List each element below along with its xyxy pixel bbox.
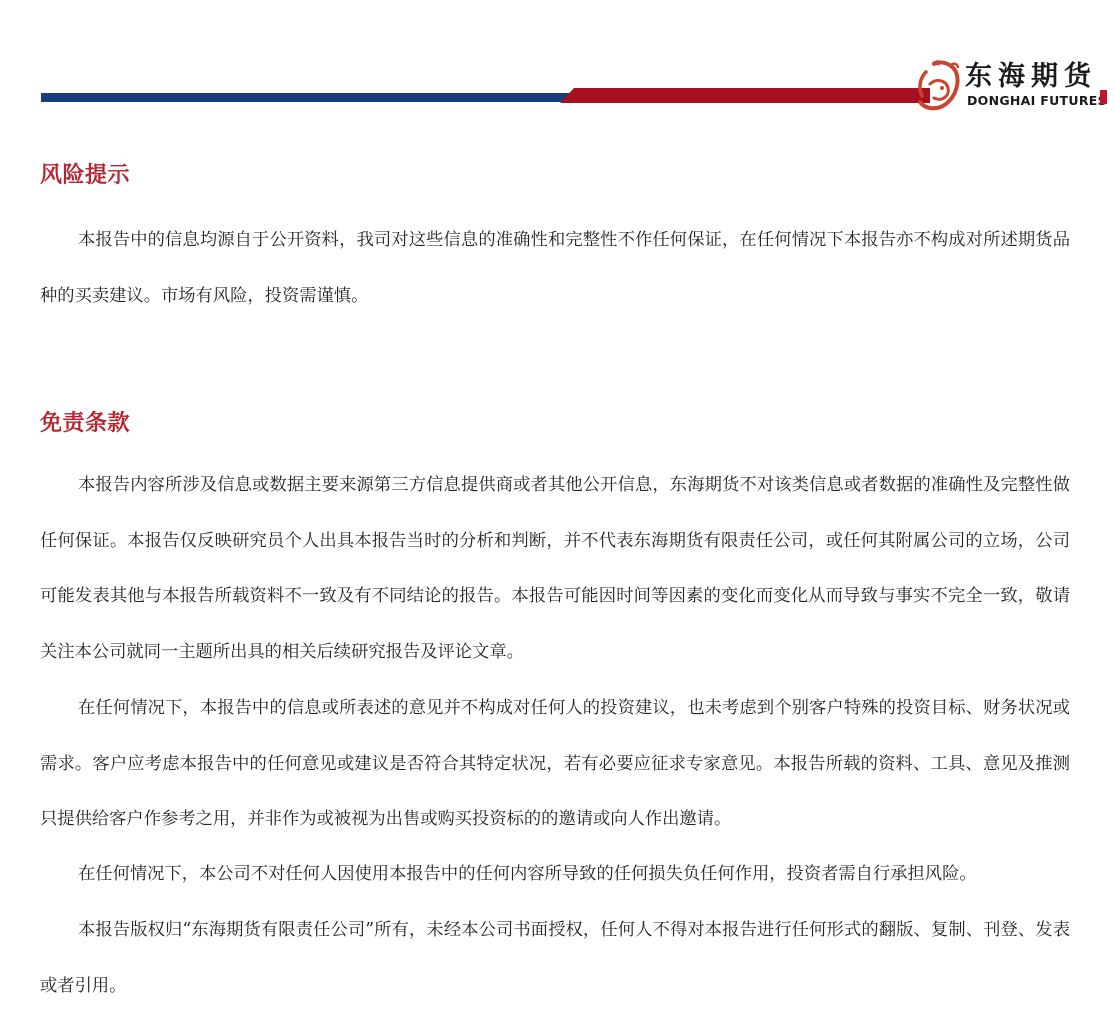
header-red-bar	[560, 88, 930, 103]
company-logo: 东海期货 DONGHAI FUTURES	[912, 58, 1112, 114]
dragon-logo-icon	[912, 58, 962, 114]
header-blue-bar	[41, 93, 581, 102]
logo-red-square	[1100, 90, 1107, 104]
section-title-disclaimer: 免责条款	[40, 406, 130, 437]
page-header: 东海期货 DONGHAI FUTURES	[0, 0, 1115, 120]
section-title-risk-warning: 风险提示	[40, 158, 130, 189]
disclaimer-paragraph-2: 在任何情况下，本报告中的信息或所表述的意见并不构成对任何人的投资建议，也未考虑到…	[40, 681, 1070, 848]
logo-chinese-name: 东海期货	[965, 62, 1097, 92]
logo-english-name: DONGHAI FUTURES	[967, 94, 1107, 108]
disclaimer-paragraph-3: 在任何情况下，本公司不对任何人因使用本报告中的任何内容所导致的任何损失负任何作用…	[40, 847, 1070, 903]
disclaimer-paragraph-1: 本报告内容所涉及信息或数据主要来源第三方信息提供商或者其他公开信息，东海期货不对…	[40, 458, 1070, 680]
disclaimer-paragraph-4: 本报告版权归“东海期货有限责任公司”所有，未经本公司书面授权，任何人不得对本报告…	[40, 903, 1070, 1014]
risk-warning-paragraph: 本报告中的信息均源自于公开资料，我司对这些信息的准确性和完整性不作任何保证，在任…	[40, 213, 1070, 324]
